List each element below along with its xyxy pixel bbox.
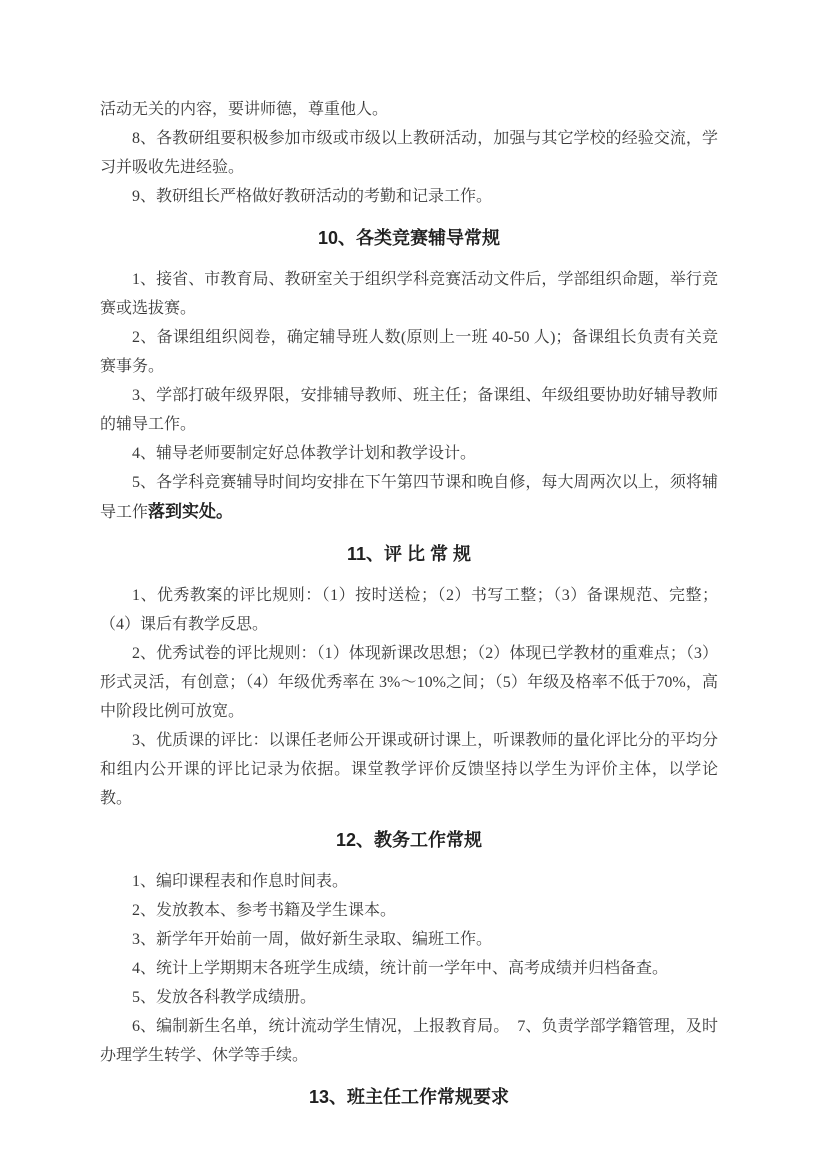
section-11-item-2: 2、优秀试卷的评比规则：（1）体现新课改思想；（2）体现已学教材的重难点；（3）…: [100, 639, 718, 726]
section-12-item-6-7: 6、编制新生名单，统计流动学生情况，上报教育局。 7、负责学部学籍管理，及时办理…: [100, 1012, 718, 1070]
section-12-item-2: 2、发放教本、参考书籍及学生课本。: [100, 896, 718, 925]
paragraph-item-9: 9、教研组长严格做好教研活动的考勤和记录工作。: [100, 182, 718, 211]
section-11-heading: 11、评 比 常 规: [100, 541, 718, 567]
section-11-item-3: 3、优质课的评比：以课任老师公开课或研讨课上，听课教师的量化评比分的平均分和组内…: [100, 726, 718, 813]
section-10-heading: 10、各类竞赛辅导常规: [100, 225, 718, 251]
section-10-item-1: 1、接省、市教育局、教研室关于组织学科竞赛活动文件后，学部组织命题，举行竞赛或选…: [100, 265, 718, 323]
section-10-item-2: 2、备课组组织阅卷，确定辅导班人数(原则上一班 40-50 人)；备课组长负责有…: [100, 323, 718, 381]
section-10-item-5: 5、各学科竞赛辅导时间均安排在下午第四节课和晚自修，每大周两次以上，须将辅导工作…: [100, 468, 718, 527]
section-12-item-4: 4、统计上学期期末各班学生成绩，统计前一学年中、高考成绩并归档备查。: [100, 954, 718, 983]
paragraph-continuation: 活动无关的内容，要讲师德，尊重他人。: [100, 95, 718, 124]
emphasized-phrase: 落到实处。: [148, 502, 233, 521]
section-13-heading: 13、班主任工作常规要求: [100, 1084, 718, 1110]
section-10-item-3: 3、学部打破年级界限，安排辅导教师、班主任；备课组、年级组要协助好辅导教师的辅导…: [100, 381, 718, 439]
section-12-item-3: 3、新学年开始前一周，做好新生录取、编班工作。: [100, 925, 718, 954]
paragraph-item-8: 8、各教研组要积极参加市级或市级以上教研活动，加强与其它学校的经验交流，学习并吸…: [100, 124, 718, 182]
section-12-item-5: 5、发放各科教学成绩册。: [100, 983, 718, 1012]
document-page: 活动无关的内容，要讲师德，尊重他人。 8、各教研组要积极参加市级或市级以上教研活…: [0, 0, 827, 1169]
section-12-item-1: 1、编印课程表和作息时间表。: [100, 867, 718, 896]
section-11-item-1: 1、优秀教案的评比规则：（1）按时送检；（2）书写工整；（3）备课规范、完整；（…: [100, 581, 718, 639]
section-12-heading: 12、教务工作常规: [100, 827, 718, 853]
section-10-item-4: 4、辅导老师要制定好总体教学计划和教学设计。: [100, 439, 718, 468]
